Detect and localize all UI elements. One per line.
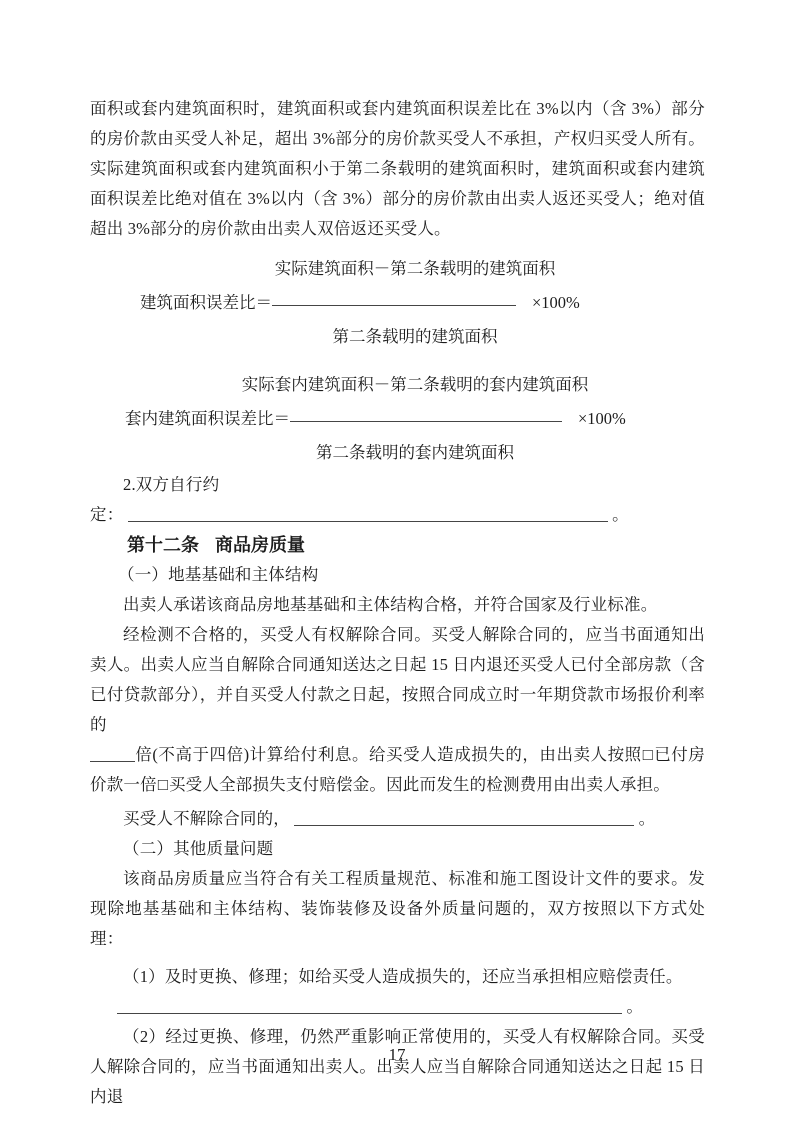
clause-self-agreement-line2: 定： 。 [90, 500, 705, 530]
formula-multiplier: ×100% [578, 402, 626, 436]
fraction-line [272, 291, 516, 306]
fill-in-blank[interactable] [117, 998, 622, 1014]
period: 。 [612, 505, 629, 524]
interest-text: 倍(不高于四倍)计算给付利息。给买受人造成损失的，由出卖人按照 [135, 745, 642, 764]
period: 。 [639, 809, 656, 828]
formula-multiplier: ×100% [532, 286, 580, 320]
compensation-option-2: 买受人全部损失 [169, 775, 286, 794]
paragraph-quality-standards: 该商品房质量应当符合有关工程质量规范、标准和施工图设计文件的要求。发现除地基基础… [90, 864, 705, 954]
formula-denominator: 第二条载明的建筑面积 [90, 320, 740, 354]
paragraph-no-rescission: 买受人不解除合同的， 。 [90, 804, 705, 834]
fraction-line [290, 407, 562, 422]
formula-numerator: 实际套内建筑面积－第二条载明的套内建筑面积 [90, 368, 740, 402]
formula-equation-row: 建筑面积误差比＝ ×100% [90, 286, 705, 320]
checkbox-icon[interactable]: □ [157, 770, 169, 800]
blank-line: 。 [90, 992, 705, 1022]
clause-self-agreement-line1: 2.双方自行约 [90, 470, 705, 500]
formula-lhs: 建筑面积误差比＝ [140, 286, 272, 320]
compensation-tail: 支付赔偿金。因此而发生的检测费用由出卖人承担。 [286, 775, 670, 794]
formula-building-area-error: 实际建筑面积－第二条载明的建筑面积 建筑面积误差比＝ ×100% 第二条载明的建… [90, 252, 705, 354]
paragraph-area-error-continuation: 面积或套内建筑面积时，建筑面积或套内建筑面积误差比在 3%以内（含 3%）部分的… [90, 94, 705, 244]
paragraph-handling-item-1: （1）及时更换、修理；如给买受人造成损失的，还应当承担相应赔偿责任。 [90, 962, 705, 992]
checkbox-icon[interactable]: □ [642, 740, 654, 770]
formula-equation-row: 套内建筑面积误差比＝ ×100% [90, 402, 705, 436]
page-content: 面积或套内建筑面积时，建筑面积或套内建筑面积误差比在 3%以内（含 3%）部分的… [90, 94, 705, 1112]
document-page: 面积或套内建筑面积时，建筑面积或套内建筑面积误差比在 3%以内（含 3%）部分的… [0, 0, 794, 1122]
section-1-subheading: （一）地基基础和主体结构 [90, 560, 705, 590]
fill-in-blank-multiplier[interactable] [90, 746, 135, 762]
paragraph-foundation-commitment: 出卖人承诺该商品房地基基础和主体结构合格，并符合国家及行业标准。 [90, 590, 705, 620]
period: 。 [626, 997, 643, 1016]
clause-self-agreement-prefix: 定： [90, 505, 123, 524]
fill-in-blank[interactable] [294, 810, 634, 826]
article-12-heading: 第十二条商品房质量 [127, 530, 705, 560]
formula-lhs: 套内建筑面积误差比＝ [125, 402, 290, 436]
fill-in-blank[interactable] [128, 506, 608, 522]
section-2-subheading: （二）其他质量问题 [90, 834, 705, 864]
no-rescission-prefix: 买受人不解除合同的， [123, 809, 290, 828]
formula-denominator: 第二条载明的套内建筑面积 [90, 436, 740, 470]
paragraph-inspection-failure: 经检测不合格的，买受人有权解除合同。买受人解除合同的，应当书面通知出卖人。出卖人… [90, 620, 705, 740]
formula-inner-area-error: 实际套内建筑面积－第二条载明的套内建筑面积 套内建筑面积误差比＝ ×100% 第… [90, 368, 705, 470]
formula-numerator: 实际建筑面积－第二条载明的建筑面积 [90, 252, 740, 286]
article-title: 商品房质量 [215, 535, 305, 555]
article-number: 第十二条 [127, 535, 199, 555]
paragraph-interest-compensation: 倍(不高于四倍)计算给付利息。给买受人造成损失的，由出卖人按照□已付房价款一倍□… [90, 740, 705, 800]
page-number: 17 [0, 1042, 794, 1068]
